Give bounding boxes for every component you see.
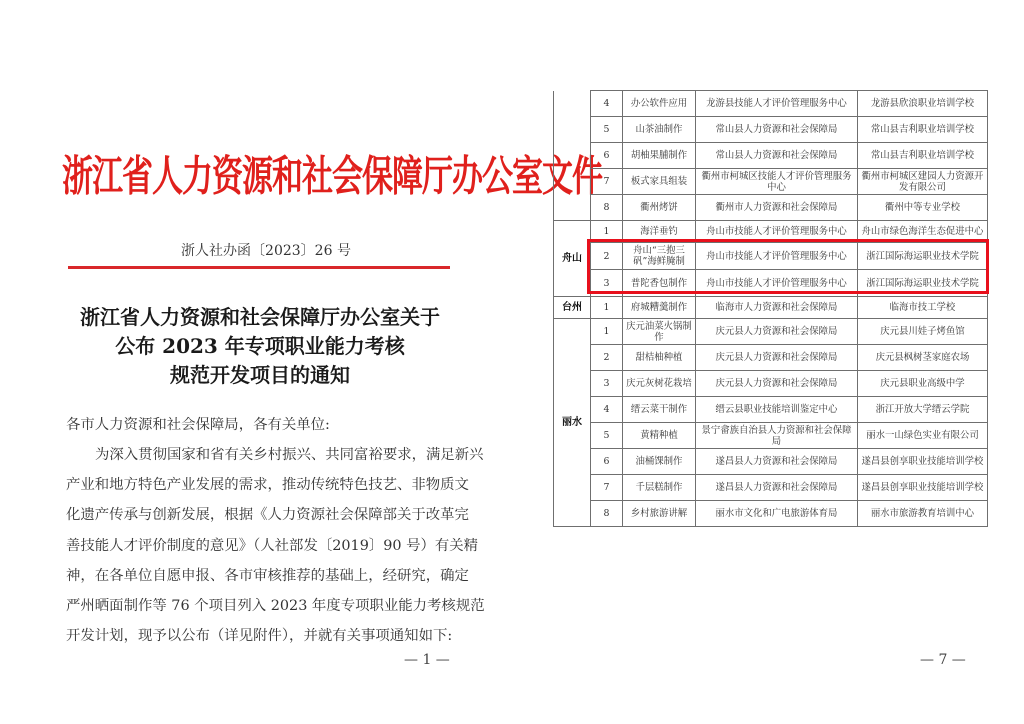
project-annex-table: 4办公软件应用龙游县技能人才评价管理服务中心龙游县欣浪职业培训学校5山茶油制作常…: [553, 90, 988, 527]
row-number-cell: 1: [591, 297, 623, 319]
row-number-cell: 2: [591, 345, 623, 371]
developer-cell: 临海市技工学校: [858, 297, 988, 319]
region-cell: 丽水: [554, 319, 591, 527]
organizer-cell: 舟山市技能人才评价管理服务中心: [696, 243, 858, 270]
developer-cell: 浙江国际海运职业技术学院: [858, 270, 988, 297]
organizer-cell: 衢州市柯城区技能人才评价管理服务中心: [696, 169, 858, 195]
developer-cell: 遂昌县创享职业技能培训学校: [858, 449, 988, 475]
table-row: 3庆元灰树花栽培庆元县人力资源和社会保障局庆元县职业高级中学: [554, 371, 988, 397]
row-number-cell: 4: [591, 91, 623, 117]
developer-cell: 浙江国际海运职业技术学院: [858, 243, 988, 270]
region-cell: 舟山: [554, 221, 591, 297]
body-line: 善技能人才评价制度的意见》（人社部发〔2019〕90 号）有关精: [66, 531, 456, 561]
table-row: 3普陀香包制作舟山市技能人才评价管理服务中心浙江国际海运职业技术学院: [554, 270, 988, 297]
table-row: 舟山1海洋垂钓舟山市技能人才评价管理服务中心舟山市绿色海洋生态促进中心: [554, 221, 988, 243]
project-cell: 胡柚果脯制作: [623, 143, 696, 169]
developer-cell: 常山县吉利职业培训学校: [858, 143, 988, 169]
table-row: 4缙云菜干制作缙云县职业技能培训鉴定中心浙江开放大学缙云学院: [554, 397, 988, 423]
project-cell: 海洋垂钓: [623, 221, 696, 243]
table-row: 2舟山“三抱三矾”海鲜腌制舟山市技能人才评价管理服务中心浙江国际海运职业技术学院: [554, 243, 988, 270]
developer-cell: 衢州中等专业学校: [858, 195, 988, 221]
organizer-cell: 舟山市技能人才评价管理服务中心: [696, 270, 858, 297]
developer-cell: 浙江开放大学缙云学院: [858, 397, 988, 423]
row-number-cell: 6: [591, 449, 623, 475]
row-number-cell: 5: [591, 423, 623, 449]
project-cell: 黄精种植: [623, 423, 696, 449]
developer-cell: 丽水市旅游教育培训中心: [858, 501, 988, 527]
row-number-cell: 4: [591, 397, 623, 423]
project-cell: 山茶油制作: [623, 117, 696, 143]
developer-cell: 龙游县欣浪职业培训学校: [858, 91, 988, 117]
document-title: 浙江省人力资源和社会保障厅办公室关于 公布 2023 年专项职业能力考核 规范开…: [40, 303, 480, 390]
organizer-cell: 遂昌县人力资源和社会保障局: [696, 475, 858, 501]
project-cell: 油桶馃制作: [623, 449, 696, 475]
developer-cell: 遂昌县创享职业技能培训学校: [858, 475, 988, 501]
row-number-cell: 3: [591, 371, 623, 397]
project-cell: 板式家具组装: [623, 169, 696, 195]
row-number-cell: 1: [591, 221, 623, 243]
organizer-cell: 丽水市文化和广电旅游体育局: [696, 501, 858, 527]
document-number: 浙人社办函〔2023〕26 号: [0, 240, 512, 260]
title-line: 公布 2023 年专项职业能力考核: [40, 332, 480, 361]
project-cell: 甜桔柚种植: [623, 345, 696, 371]
developer-cell: 丽水一山绿色实业有限公司: [858, 423, 988, 449]
row-number-cell: 2: [591, 243, 623, 270]
project-cell: 缙云菜干制作: [623, 397, 696, 423]
title-line: 规范开发项目的通知: [40, 361, 480, 390]
row-number-cell: 5: [591, 117, 623, 143]
organizer-cell: 衢州市人力资源和社会保障局: [696, 195, 858, 221]
row-number-cell: 8: [591, 501, 623, 527]
salutation: 各市人力资源和社会保障局，各有关单位:: [66, 410, 456, 440]
organizer-cell: 常山县人力资源和社会保障局: [696, 143, 858, 169]
table-row: 8衢州烤饼衢州市人力资源和社会保障局衢州中等专业学校: [554, 195, 988, 221]
red-divider-line: [68, 266, 450, 269]
project-cell: 普陀香包制作: [623, 270, 696, 297]
project-cell: 衢州烤饼: [623, 195, 696, 221]
project-cell: 办公软件应用: [623, 91, 696, 117]
table-row: 丽水1庆元油菜火锅制作庆元县人力资源和社会保障局庆元县川娃子烤鱼馆: [554, 319, 988, 345]
row-number-cell: 8: [591, 195, 623, 221]
organizer-cell: 舟山市技能人才评价管理服务中心: [696, 221, 858, 243]
table-row: 台州1府城糟羹制作临海市人力资源和社会保障局临海市技工学校: [554, 297, 988, 319]
body-line: 开发计划，现予以公布（详见附件），并就有关事项通知如下:: [66, 621, 456, 651]
developer-cell: 庆元县枫树茎家庭农场: [858, 345, 988, 371]
project-cell: 乡村旅游讲解: [623, 501, 696, 527]
row-number-cell: 7: [591, 475, 623, 501]
table-row: 7板式家具组装衢州市柯城区技能人才评价管理服务中心衢州市柯城区建园人力资源开发有…: [554, 169, 988, 195]
table-row: 6胡柚果脯制作常山县人力资源和社会保障局常山县吉利职业培训学校: [554, 143, 988, 169]
developer-cell: 庆元县职业高级中学: [858, 371, 988, 397]
document-red-header: 浙江省人力资源和社会保障厅办公室文件: [62, 142, 452, 203]
developer-cell: 舟山市绿色海洋生态促进中心: [858, 221, 988, 243]
project-cell: 庆元油菜火锅制作: [623, 319, 696, 345]
organizer-cell: 庆元县人力资源和社会保障局: [696, 345, 858, 371]
region-cell: 台州: [554, 297, 591, 319]
document-body: 各市人力资源和社会保障局，各有关单位: 为深入贯彻国家和省有关乡村振兴、共同富裕…: [66, 410, 456, 651]
table-row: 7千层糕制作遂昌县人力资源和社会保障局遂昌县创享职业技能培训学校: [554, 475, 988, 501]
row-number-cell: 1: [591, 319, 623, 345]
organizer-cell: 景宁畲族自治县人力资源和社会保障局: [696, 423, 858, 449]
project-cell: 府城糟羹制作: [623, 297, 696, 319]
table-row: 5黄精种植景宁畲族自治县人力资源和社会保障局丽水一山绿色实业有限公司: [554, 423, 988, 449]
table-row: 4办公软件应用龙游县技能人才评价管理服务中心龙游县欣浪职业培训学校: [554, 91, 988, 117]
organizer-cell: 遂昌县人力资源和社会保障局: [696, 449, 858, 475]
developer-cell: 庆元县川娃子烤鱼馆: [858, 319, 988, 345]
page-1: 浙江省人力资源和社会保障厅办公室文件 浙人社办函〔2023〕26 号 浙江省人力…: [0, 0, 512, 724]
body-line: 产业和地方特色产业发展的需求，推动传统特色技艺、非物质文: [66, 470, 456, 500]
row-number-cell: 3: [591, 270, 623, 297]
table-row: 5山茶油制作常山县人力资源和社会保障局常山县吉利职业培训学校: [554, 117, 988, 143]
project-cell: 千层糕制作: [623, 475, 696, 501]
organizer-cell: 常山县人力资源和社会保障局: [696, 117, 858, 143]
organizer-cell: 临海市人力资源和社会保障局: [696, 297, 858, 319]
body-line: 为深入贯彻国家和省有关乡村振兴、共同富裕要求，满足新兴: [66, 440, 456, 470]
region-cell: [554, 91, 591, 221]
developer-cell: 常山县吉利职业培训学校: [858, 117, 988, 143]
project-cell: 舟山“三抱三矾”海鲜腌制: [623, 243, 696, 270]
row-number-cell: 6: [591, 143, 623, 169]
table-row: 2甜桔柚种植庆元县人力资源和社会保障局庆元县枫树茎家庭农场: [554, 345, 988, 371]
body-line: 化遗产传承与创新发展，根据《人力资源社会保障部关于改革完: [66, 500, 456, 530]
table-row: 6油桶馃制作遂昌县人力资源和社会保障局遂昌县创享职业技能培训学校: [554, 449, 988, 475]
body-line: 神，在各单位自愿申报、各市审核推荐的基础上，经研究，确定: [66, 561, 456, 591]
page-number: — 1 —: [404, 652, 450, 668]
row-number-cell: 7: [591, 169, 623, 195]
organizer-cell: 庆元县人力资源和社会保障局: [696, 371, 858, 397]
organizer-cell: 龙游县技能人才评价管理服务中心: [696, 91, 858, 117]
organizer-cell: 庆元县人力资源和社会保障局: [696, 319, 858, 345]
organizer-cell: 缙云县职业技能培训鉴定中心: [696, 397, 858, 423]
developer-cell: 衢州市柯城区建园人力资源开发有限公司: [858, 169, 988, 195]
page-number: — 7 —: [920, 652, 966, 668]
project-cell: 庆元灰树花栽培: [623, 371, 696, 397]
table-row: 8乡村旅游讲解丽水市文化和广电旅游体育局丽水市旅游教育培训中心: [554, 501, 988, 527]
body-line: 严州晒面制作等 76 个项目列入 2023 年度专项职业能力考核规范: [66, 591, 456, 621]
title-line: 浙江省人力资源和社会保障厅办公室关于: [40, 303, 480, 332]
